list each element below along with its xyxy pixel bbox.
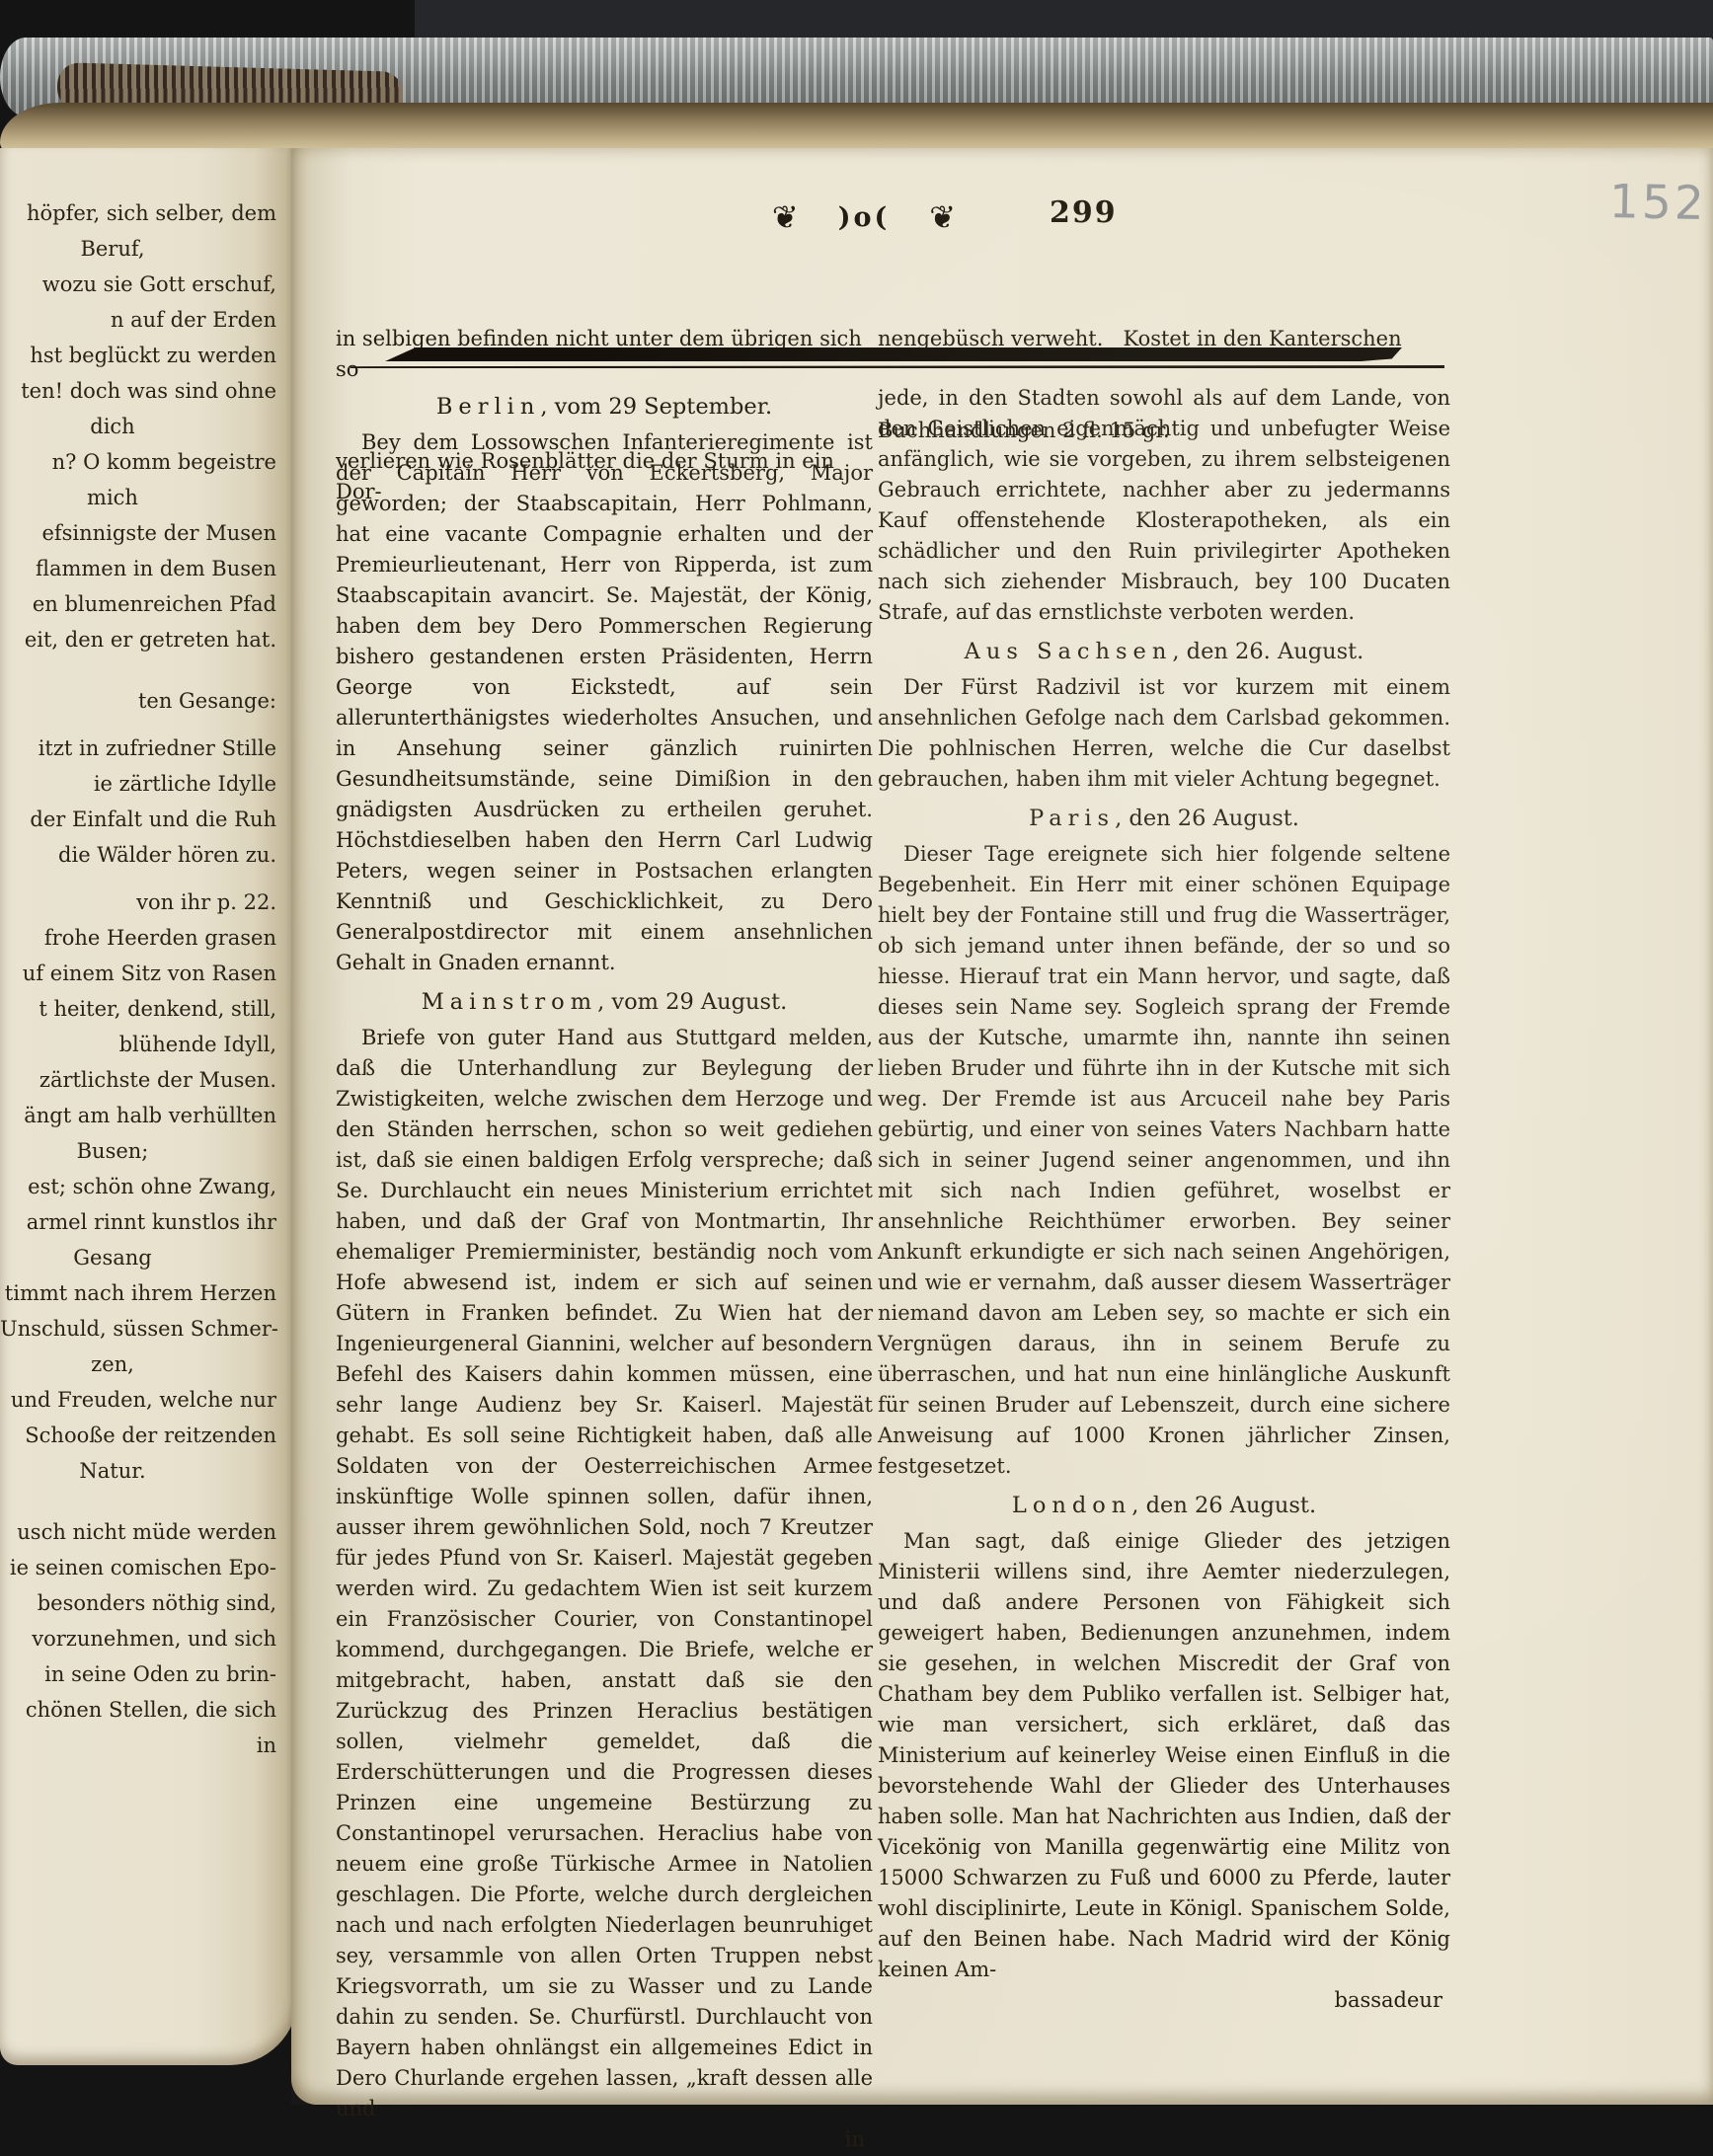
poem-line: Unschuld, süssen Schmer- [0,1311,288,1347]
poem-line: höpfer, sich selber, dem [0,195,288,231]
poem-line: in seine Oden zu brin- [0,1656,288,1692]
poem-line: zärtlichste der Musen. [0,1062,288,1098]
dateline-place: Aus Sachsen [965,639,1173,664]
dateline-date: , den 26 August. [1131,1493,1316,1518]
catchword: in [336,2124,873,2155]
poem-line: eit, den er getreten hat. [0,622,288,657]
poem-line: Busen; [0,1133,288,1169]
book-scan: höpfer, sich selber, demBeruf,wozu sie G… [0,0,1713,2156]
poem-line: est; schön ohne Zwang, [0,1169,288,1204]
dateline-place: Mainstrom [422,989,597,1015]
poem-line: Natur. [0,1453,288,1489]
news-paragraph: Dieser Tage ereignete sich hier folgende… [878,839,1450,1482]
section-heading: London, den 26 August. [878,1491,1450,1521]
news-paragraph: Man sagt, daß einige Glieder des jetzige… [878,1526,1450,1985]
poem-line: besonders nöthig sind, [0,1585,288,1621]
page-number: 299 [1050,195,1118,230]
newspaper-page: ❦ )o( ❦ 299 152 in selbigen befinden nic… [291,148,1713,2105]
poem-line: n auf der Erden [0,302,288,338]
section-heading: Aus Sachsen, den 26. August. [878,637,1450,667]
poem-line: hst beglückt zu werden [0,338,288,373]
poem-line: t heiter, denkend, still, [0,991,288,1027]
poem-line: ie zärtliche Idylle [0,766,288,802]
poem-line: vorzunehmen, und sich [0,1621,288,1656]
poem-line: ie seinen comischen Epo- [0,1550,288,1585]
poem-line: armel rinnt kunstlos ihr [0,1204,288,1240]
poem-line: itzt in zufriedner Stille [0,731,288,766]
header-divider-mark: )o( [838,202,891,233]
dateline-date: , den 26. August. [1172,639,1363,664]
poem-fragments: höpfer, sich selber, demBeruf,wozu sie G… [0,195,288,1763]
poem-line: frohe Heerden grasen [0,920,288,956]
poem-line: usch nicht müde werden [0,1514,288,1550]
section-divider-rule [385,347,1402,361]
section-heading: Mainstrom, vom 29 August. [336,987,873,1018]
dateline-place: London [1012,1493,1131,1518]
page-header: ❦ )o( ❦ [716,201,1012,233]
poem-line: en blumenreichen Pfad [0,586,288,622]
section-heading: Paris, den 26 August. [878,804,1450,834]
news-paragraph: Bey dem Lossowschen Infanterieregimente … [336,427,873,978]
dateline-place: Berlin [436,394,541,420]
poem-line: dich [0,409,288,444]
poem-line: chönen Stellen, die sich [0,1692,288,1728]
poem-line: flammen in dem Busen [0,551,288,586]
dateline-date: , vom 29 September. [540,394,772,420]
poem-line: timmt nach ihrem Herzen [0,1275,288,1311]
previous-page-edge: höpfer, sich selber, demBeruf,wozu sie G… [0,148,298,2065]
fleuron-icon: ❦ [772,201,799,233]
pencil-annotation: 152 [1609,175,1708,231]
poem-line: ten Gesange: [0,683,288,719]
poem-line: blühende Idyll, [0,1027,288,1062]
news-column-left: Berlin, vom 29 September.Bey dem Lossows… [336,383,873,2155]
news-column-right: jede, in den Stadten sowohl als auf dem … [878,383,1450,2016]
poem-line: uf einem Sitz von Rasen [0,956,288,991]
poem-line: Schooße der reitzenden [0,1418,288,1453]
news-paragraph: Briefe von guter Hand aus Stuttgard meld… [336,1023,873,2124]
poem-line: und Freuden, welche nur [0,1382,288,1418]
poem-line: efsinnigste der Musen [0,515,288,551]
poem-line: der Einfalt und die Ruh [0,802,288,837]
poem-line: mich [0,480,288,515]
poem-line: Gesang [0,1240,288,1275]
dateline-place: Paris [1029,806,1115,831]
poem-line: die Wälder hören zu. [0,837,288,873]
fleuron-icon: ❦ [929,201,956,233]
poem-line: wozu sie Gott erschuf, [0,267,288,302]
dateline-date: , den 26 August. [1115,806,1299,831]
poem-line: von ihr p. 22. [0,885,288,920]
poem-line: Beruf, [0,231,288,267]
catchword: bassadeur [878,1985,1450,2016]
news-paragraph: Der Fürst Radzivil ist vor kurzem mit ei… [878,672,1450,795]
section-heading: Berlin, vom 29 September. [336,392,873,423]
poem-line: n? O komm begeistre [0,444,288,480]
poem-line: ängt am halb verhüllten [0,1098,288,1133]
news-paragraph: jede, in den Stadten sowohl als auf dem … [878,383,1450,628]
poem-line: ten! doch was sind ohne [0,373,288,409]
dateline-date: , vom 29 August. [597,989,787,1015]
poem-line: in [0,1728,288,1763]
poem-line: zen, [0,1347,288,1382]
